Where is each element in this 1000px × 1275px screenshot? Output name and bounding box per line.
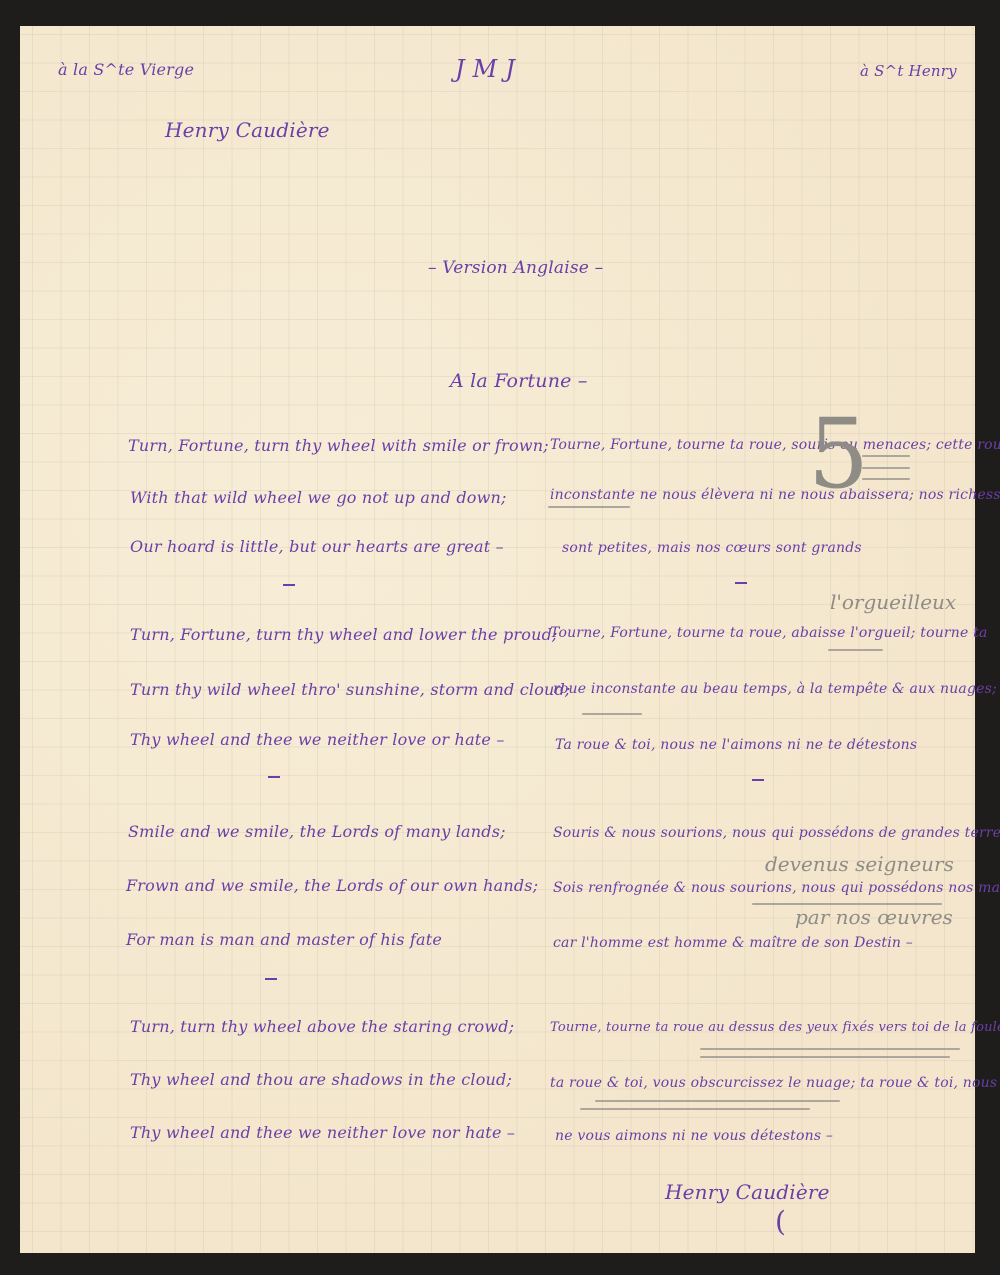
fr-line: roue inconstante au beau temps, à la tem… <box>553 681 997 697</box>
pencil-note-orgueilleux: l'orgueilleux <box>830 590 956 614</box>
fr-line: inconstante ne nous élèvera ni ne nous a… <box>550 487 1000 503</box>
en-line: With that wild wheel we go not up and do… <box>130 488 507 507</box>
stanza-separator <box>283 584 295 586</box>
en-line: Turn, turn thy wheel above the staring c… <box>130 1017 514 1036</box>
stanza-separator <box>268 776 280 778</box>
fr-line: Tourne, Fortune, tourne ta roue, souris … <box>550 437 1000 453</box>
stanza-separator <box>752 779 764 781</box>
en-line: Turn thy wild wheel thro' sunshine, stor… <box>130 680 571 699</box>
fr-line: Tourne, tourne ta roue au dessus des yeu… <box>550 1020 1000 1035</box>
fr-line: Souris & nous sourions, nous qui possédo… <box>553 825 1000 841</box>
pencil-underline <box>828 649 883 651</box>
grade-underline <box>862 467 910 469</box>
poem-title: A la Fortune – <box>450 370 588 392</box>
author-name: Henry Caudière <box>165 118 330 142</box>
dedication-right: à S^t Henry <box>860 62 957 80</box>
stanza-separator <box>265 978 277 980</box>
fr-line: ta roue & toi, vous obscurcissez le nuag… <box>550 1075 997 1091</box>
fr-line: ne vous aimons ni ne vous détestons – <box>555 1128 833 1144</box>
fr-line: Sois renfrognée & nous sourions, nous qu… <box>553 880 1000 896</box>
pencil-underline <box>580 1108 810 1110</box>
pencil-underline <box>700 1056 950 1058</box>
signature-flourish: ( <box>775 1205 786 1238</box>
fr-line: Ta roue & toi, nous ne l'aimons ni ne te… <box>555 737 917 753</box>
en-line: Our hoard is little, but our hearts are … <box>130 537 504 556</box>
signature: Henry Caudière <box>665 1180 830 1204</box>
en-line: Frown and we smile, the Lords of our own… <box>126 876 538 895</box>
en-line: Thy wheel and thou are shadows in the cl… <box>130 1070 512 1089</box>
en-line: Thy wheel and thee we neither love or ha… <box>130 730 505 749</box>
fr-line: car l'homme est homme & maître de son De… <box>553 935 913 951</box>
pencil-underline <box>595 1100 840 1102</box>
en-line: Smile and we smile, the Lords of many la… <box>128 822 506 841</box>
en-line: Thy wheel and thee we neither love nor h… <box>130 1123 515 1142</box>
dedication-left: à la S^te Vierge <box>58 60 194 79</box>
en-line: For man is man and master of his fate <box>126 930 442 949</box>
pencil-underline <box>582 713 642 715</box>
fr-line: sont petites, mais nos cœurs sont grands <box>562 540 862 556</box>
grade-underline <box>862 455 910 457</box>
en-line: Turn, Fortune, turn thy wheel and lower … <box>130 625 558 644</box>
invocation-center: J M J <box>455 55 515 83</box>
pencil-note-oeuvres: par nos œuvres <box>795 905 953 929</box>
pencil-note-seigneurs: devenus seigneurs <box>765 852 954 876</box>
version-subtitle: – Version Anglaise – <box>428 258 603 278</box>
pencil-underline <box>700 1048 960 1050</box>
en-line: Turn, Fortune, turn thy wheel with smile… <box>128 436 549 455</box>
pencil-underline <box>548 506 630 508</box>
grade-underline <box>862 478 910 480</box>
stanza-separator <box>735 582 747 584</box>
grade-mark: 5 <box>808 398 869 510</box>
fr-line: Tourne, Fortune, tourne ta roue, abaisse… <box>550 625 988 641</box>
